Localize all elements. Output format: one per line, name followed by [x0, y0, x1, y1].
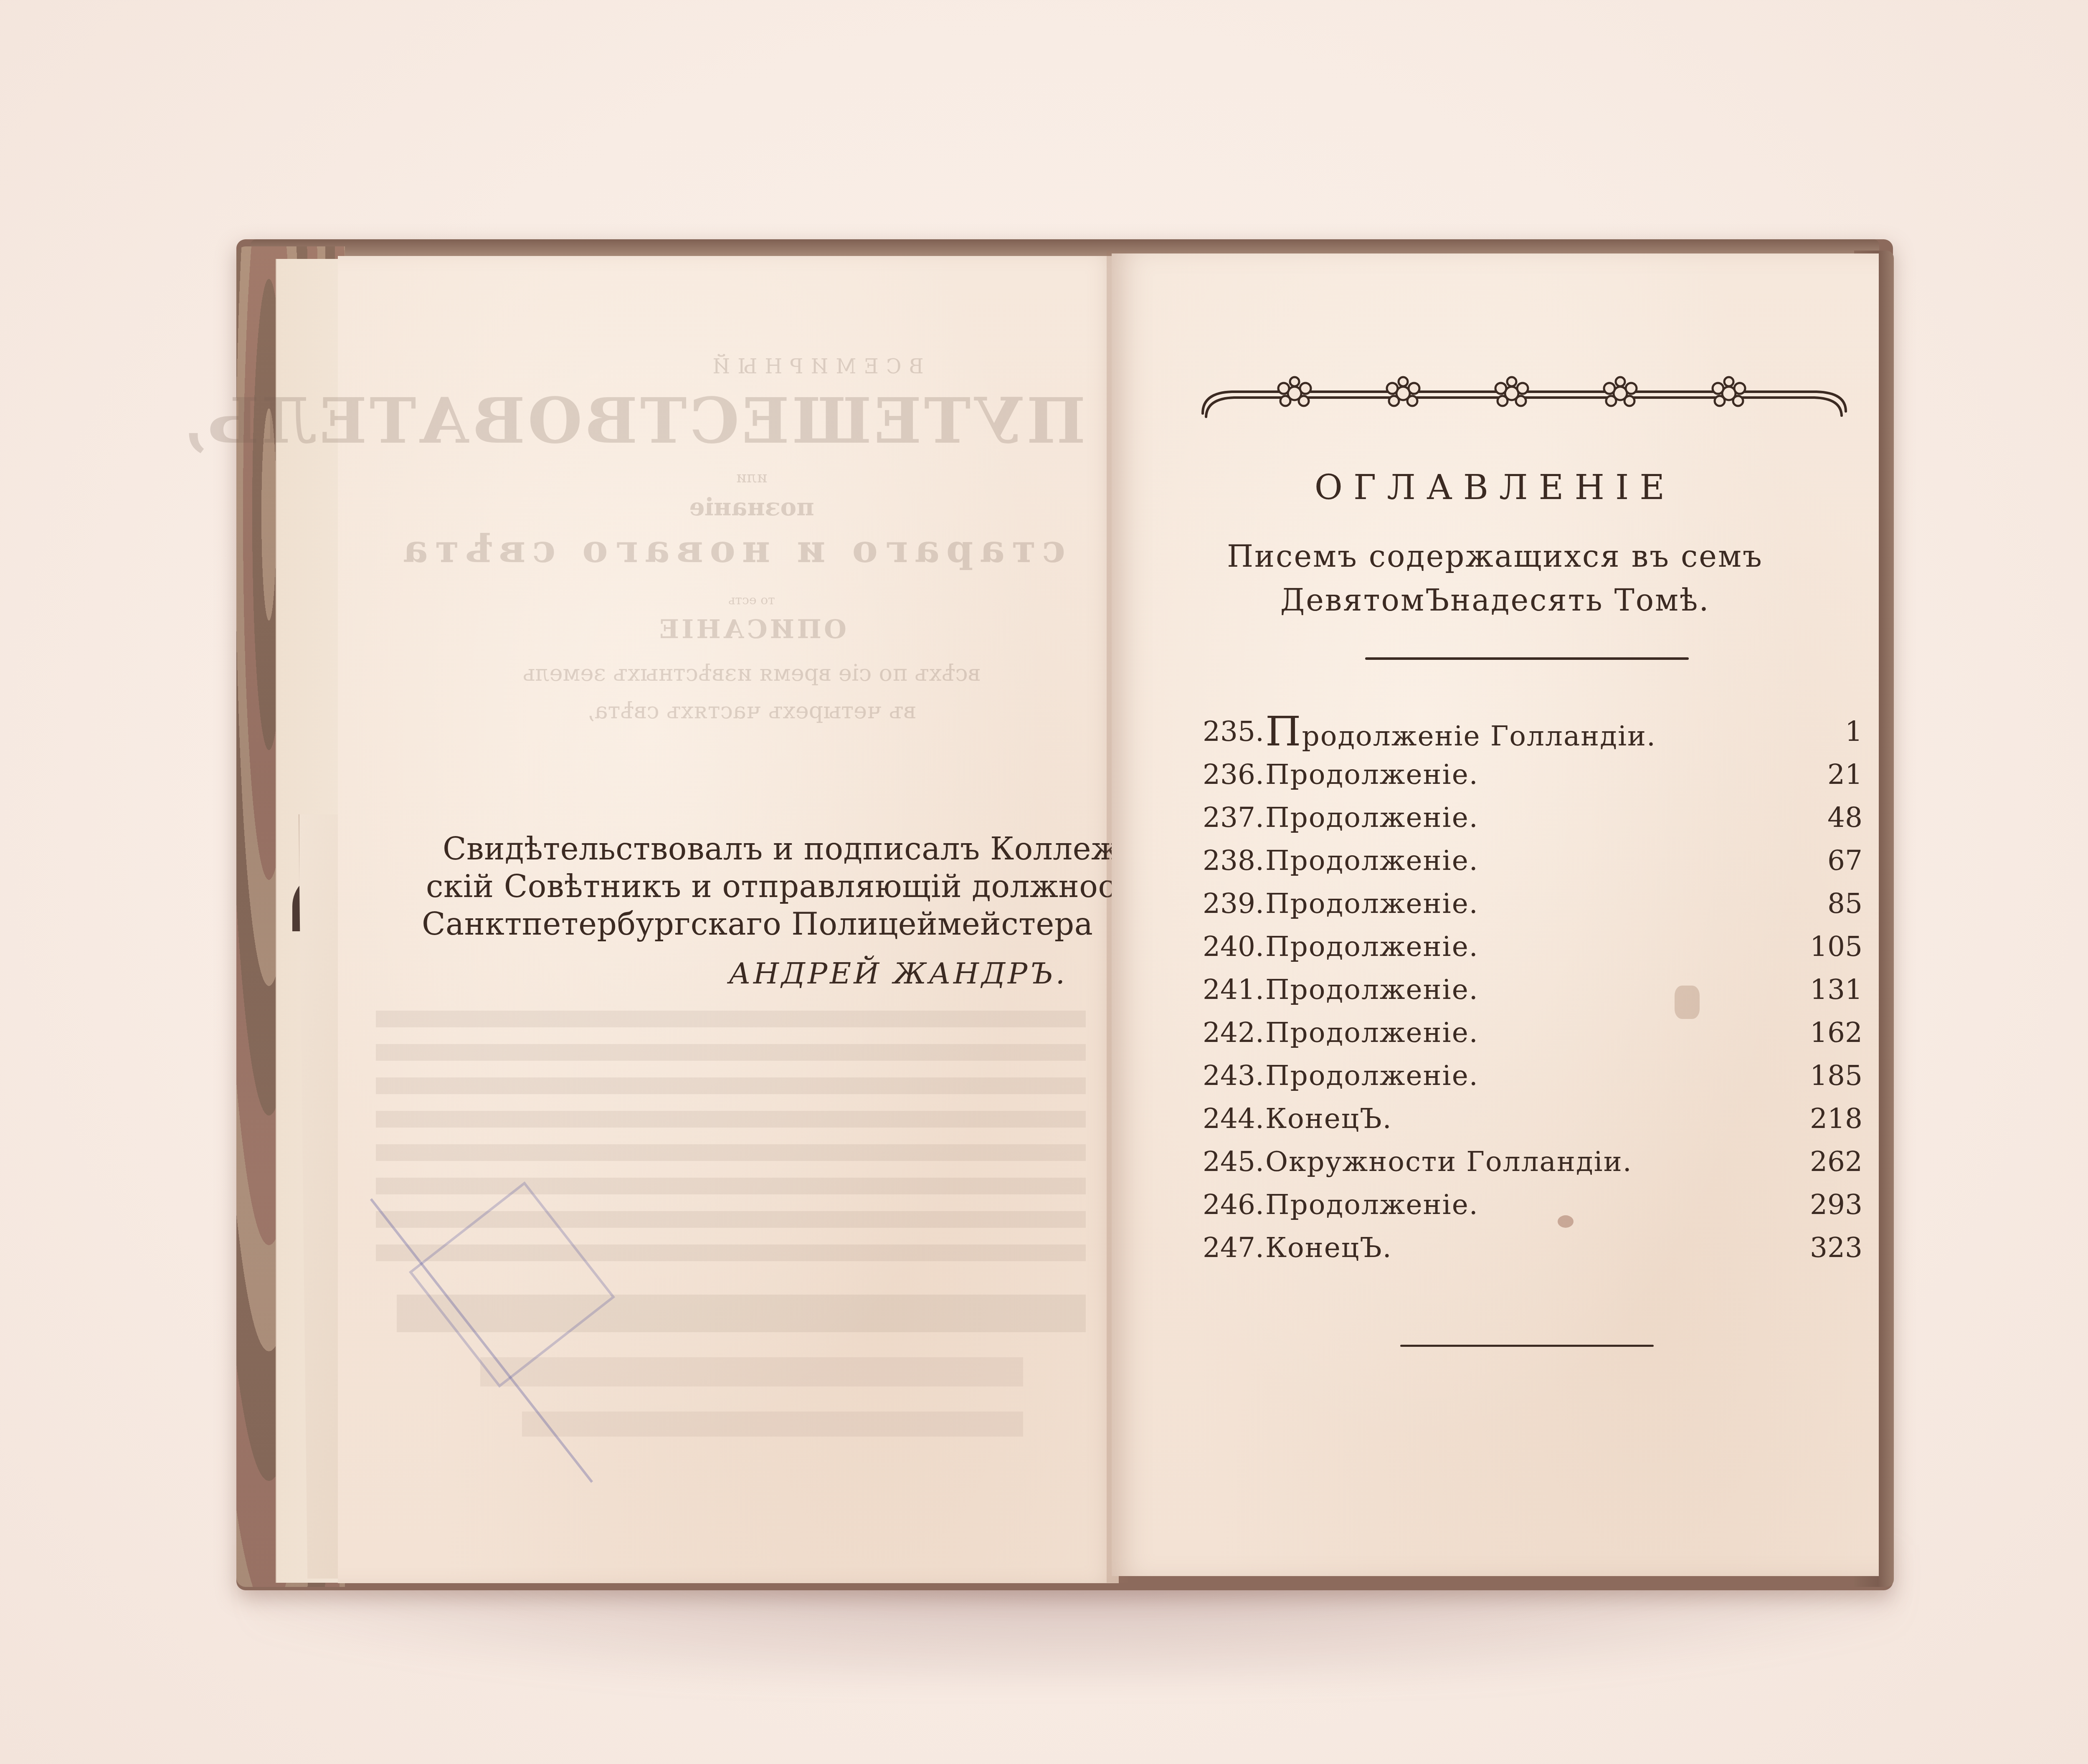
- table-of-contents: 235. Продолженіе Голландіи. 1 236. Продо…: [1203, 710, 1862, 1269]
- certification-line-2: скій Совѣтникъ и отправляющій должность: [426, 869, 1086, 905]
- bleed-text-block: [522, 1412, 1023, 1437]
- letter-number: 239.: [1203, 887, 1265, 920]
- page-number: 162: [1779, 1016, 1862, 1049]
- contents-heading: ОГЛАВЛЕНІЕ: [1128, 468, 1862, 507]
- bleed-line: то есть: [668, 593, 835, 608]
- toc-row: 238. Продолженіе. 67: [1203, 839, 1862, 882]
- letter-title: Продолженіе.: [1265, 1189, 1779, 1221]
- toc-row: 246. Продолженіе. 293: [1203, 1183, 1862, 1226]
- contents-subtitle-line-2: ДевятомЪнадесять Томѣ.: [1128, 583, 1862, 618]
- letter-title: Продолженіе.: [1265, 1059, 1779, 1092]
- bleed-line: ПУТЕШЕСТВОВАТЕЛЬ,: [397, 384, 1086, 458]
- letter-number: 237.: [1203, 801, 1265, 834]
- bleed-line: ОПИСАНІЕ: [606, 614, 898, 644]
- signature-andrei-zhandr: АНДРЕЙ ЖАНДРЪ.: [729, 956, 1067, 991]
- letter-number: 244.: [1203, 1102, 1265, 1135]
- contents-subtitle-line-1: Писемъ содержащихся въ семъ: [1128, 539, 1862, 574]
- toc-row: 241. Продолженіе. 131: [1203, 968, 1862, 1011]
- bleed-line: всѣхъ по сіе время извѣстныхъ земель: [397, 660, 1107, 686]
- letter-number: 243.: [1203, 1059, 1265, 1092]
- letter-title: Окружности Голландіи.: [1265, 1146, 1779, 1178]
- letter-title: Продолженіе.: [1265, 844, 1779, 877]
- bleed-text-block: [480, 1357, 1023, 1386]
- toc-row: 240. Продолженіе. 105: [1203, 925, 1862, 968]
- letter-number: 238.: [1203, 844, 1265, 877]
- toc-row: 243. Продолженіе. 185: [1203, 1054, 1862, 1097]
- foxing-spot: [1558, 1215, 1574, 1228]
- letter-number: 236.: [1203, 758, 1265, 791]
- page-number: 67: [1779, 844, 1862, 877]
- page-number: 218: [1779, 1102, 1862, 1135]
- foxing-stain: [1675, 986, 1700, 1019]
- page-number: 85: [1779, 887, 1862, 920]
- page-number: 293: [1779, 1189, 1862, 1221]
- toc-row: 237. Продолженіе. 48: [1203, 796, 1862, 839]
- toc-row: 247. КонецЪ. 323: [1203, 1226, 1862, 1269]
- letter-number: 247.: [1203, 1232, 1265, 1264]
- letter-title: Продолженіе.: [1265, 973, 1779, 1006]
- bleed-line: познаніе: [606, 493, 898, 521]
- page-number: 185: [1779, 1059, 1862, 1092]
- bleed-line: въ четырехъ частяхъ свѣта,: [438, 697, 1065, 724]
- letter-title: КонецЪ.: [1265, 1102, 1779, 1135]
- page-number: 48: [1779, 801, 1862, 834]
- toc-row: 235. Продолженіе Голландіи. 1: [1203, 710, 1862, 753]
- page-number: 262: [1779, 1146, 1862, 1178]
- toc-row: 236. Продолженіе. 21: [1203, 753, 1862, 796]
- letter-title: Продолженіе.: [1265, 887, 1779, 920]
- floral-ornament-icon: [1194, 367, 1854, 422]
- letter-number: 240.: [1203, 930, 1265, 963]
- page-number: 131: [1779, 973, 1862, 1006]
- letter-title: Продолженіе.: [1265, 801, 1779, 834]
- letter-title: КонецЪ.: [1265, 1232, 1779, 1264]
- letter-number: 241.: [1203, 973, 1265, 1006]
- bottom-divider-rule: [1400, 1345, 1654, 1347]
- toc-row: 239. Продолженіе. 85: [1203, 882, 1862, 925]
- toc-row: 242. Продолженіе. 162: [1203, 1011, 1862, 1054]
- letter-number: 245.: [1203, 1146, 1265, 1178]
- certification-line-3: Санктпетербургскаго Полицеймейстера: [422, 906, 1082, 942]
- bleed-line: или: [668, 468, 835, 486]
- letter-title: Продолженіе.: [1265, 930, 1779, 963]
- letter-title: Продолженіе.: [1265, 1016, 1779, 1049]
- letter-title: Продолженіе.: [1265, 758, 1779, 791]
- page-number: 105: [1779, 930, 1862, 963]
- bleed-line: стараго и новаго свѣта: [376, 526, 1086, 571]
- letter-number: 246.: [1203, 1189, 1265, 1221]
- letter-title: Продолженіе Голландіи.: [1265, 708, 1779, 755]
- letter-number: 235.: [1203, 715, 1265, 748]
- top-divider-rule: [1365, 657, 1689, 660]
- bleed-line: ВСЕМИРНЫЙ: [564, 355, 1065, 378]
- letter-number: 242.: [1203, 1016, 1265, 1049]
- page-number: 21: [1779, 758, 1862, 791]
- toc-row: 245. Окружности Голландіи. 262: [1203, 1140, 1862, 1183]
- page-number: 323: [1779, 1232, 1862, 1264]
- certification-line-1: Свидѣтельствовалъ и подписалъ Коллеж-: [443, 831, 1102, 867]
- toc-row: 244. КонецЪ. 218: [1203, 1097, 1862, 1140]
- page-number: 1: [1779, 715, 1862, 748]
